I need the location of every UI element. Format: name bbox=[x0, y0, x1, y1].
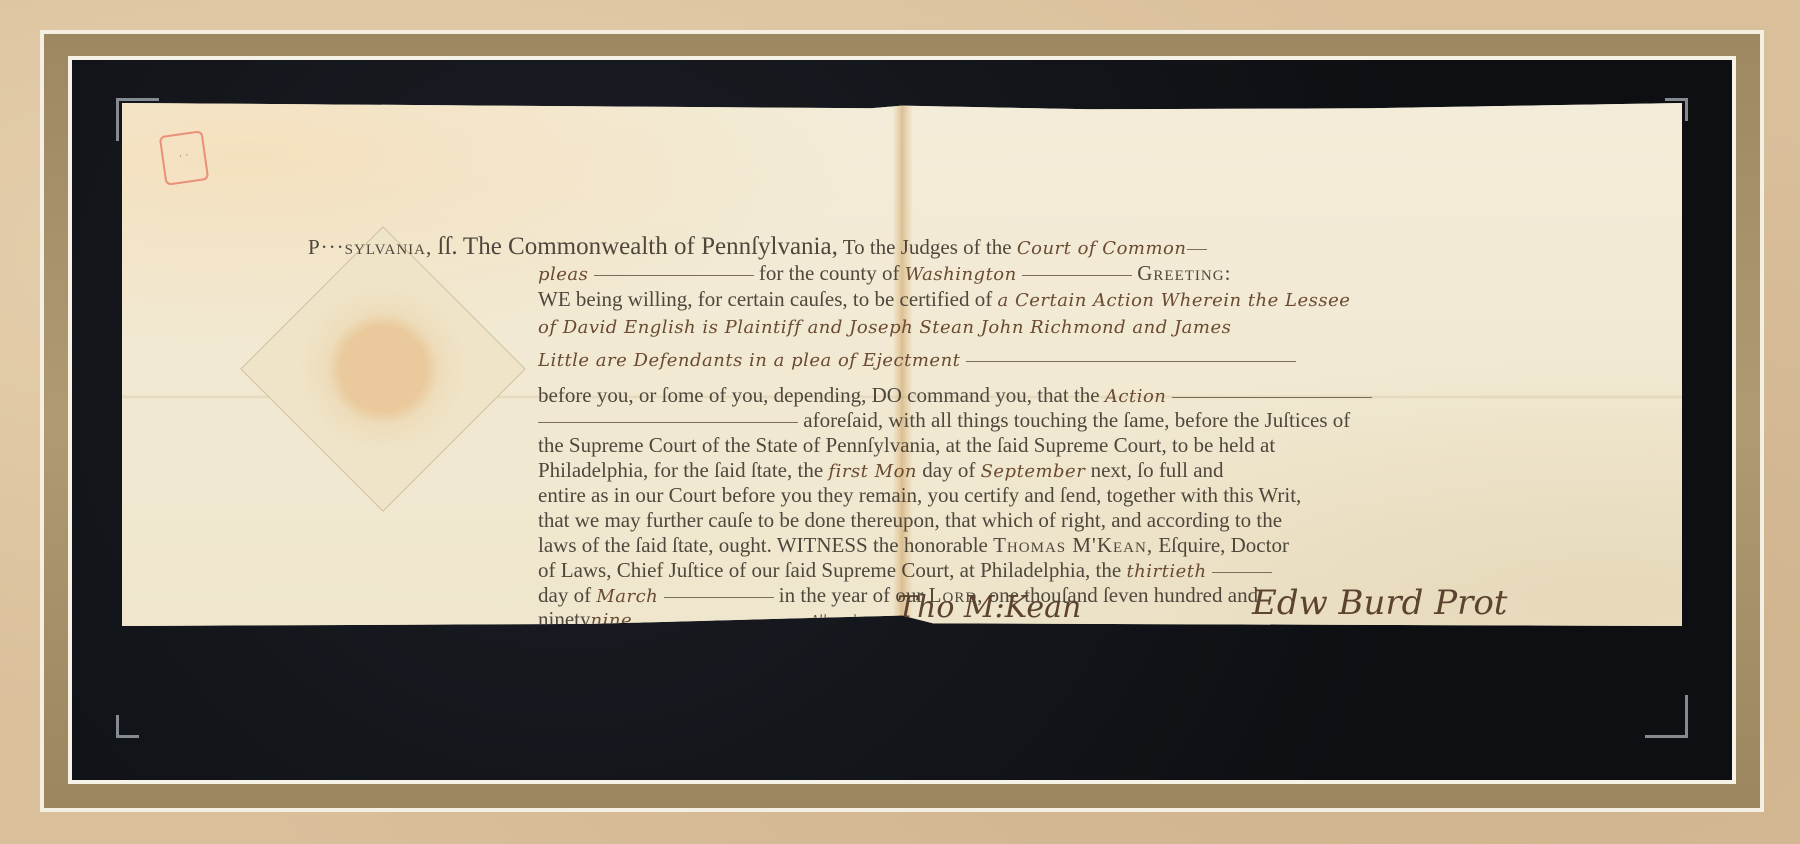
signature-burd: Edw Burd Prot bbox=[1252, 583, 1507, 623]
ss-mark: ſſ. bbox=[438, 233, 458, 260]
inner-white-mat: · · P···sylvania, ſſ. The Commonwealth o… bbox=[68, 56, 1736, 784]
greeting: Greeting: bbox=[1137, 261, 1231, 285]
state-name: P···sylvania, bbox=[308, 235, 432, 259]
commonwealth-title: The Commonwealth of Pennſylvania, bbox=[463, 233, 838, 260]
mount-corner-bottom-right bbox=[1645, 695, 1688, 738]
county-line: pleas for the county of Washington Greet… bbox=[538, 261, 1231, 286]
court-handwritten-2: pleas bbox=[538, 264, 588, 285]
black-backing: · · P···sylvania, ſſ. The Commonwealth o… bbox=[72, 60, 1732, 780]
body-line-7: Philadelphia, for the ſaid ſtate, the fi… bbox=[538, 458, 1224, 483]
mount-corner-bottom-left bbox=[116, 715, 139, 738]
body-line-5: aforeſaid, with all things touching the … bbox=[538, 408, 1350, 433]
allowed-per-label: Allowed per bbox=[810, 613, 878, 629]
body-line-11: of Laws, Chief Juſtice of our ſaid Supre… bbox=[538, 558, 1272, 583]
court-handwritten: Court of Common bbox=[1017, 238, 1187, 259]
header-line: P···sylvania, ſſ. The Commonwealth of Pe… bbox=[308, 233, 1207, 261]
body-line-3: Little are Defendants in a plea of Eject… bbox=[538, 347, 1296, 372]
red-stamp-mark: · · bbox=[159, 130, 210, 186]
body-line-10: laws of the ſaid ſtate, ought. WITNESS t… bbox=[538, 533, 1289, 558]
body-line-4: before you, or ſome of you, depending, D… bbox=[538, 383, 1372, 408]
outer-frame-mat: · · P···sylvania, ſſ. The Commonwealth o… bbox=[40, 30, 1764, 812]
body-line-13: ninetynine bbox=[538, 607, 632, 632]
county-label: for the county of bbox=[759, 261, 900, 285]
body-line-6: the Supreme Court of the State of Pennſy… bbox=[538, 433, 1275, 458]
body-line-8: entire as in our Court before you they r… bbox=[538, 483, 1301, 508]
body-line-9: that we may further cauſe to be done the… bbox=[538, 508, 1282, 533]
body-line-1: WE being willing, for certain cauſes, to… bbox=[538, 287, 1350, 312]
county-handwritten: Washington bbox=[905, 264, 1017, 285]
to-judges: To the Judges of the bbox=[843, 235, 1012, 259]
mount-corner-top-left bbox=[116, 98, 159, 141]
signature-mckean: Tho M:Kean bbox=[897, 590, 1081, 626]
mount-corner-top-right bbox=[1665, 98, 1688, 121]
paper-seal-wafer bbox=[240, 226, 526, 512]
witness-name: Thomas M'Kean, bbox=[993, 533, 1153, 557]
gold-mat: · · P···sylvania, ſſ. The Commonwealth o… bbox=[44, 34, 1760, 808]
writ-document: · · P···sylvania, ſſ. The Commonwealth o… bbox=[122, 103, 1682, 626]
body-line-2-handwritten: of David English is Plaintiff and Joseph… bbox=[538, 317, 1231, 338]
action-handwritten: a Certain Action Wherein the Lessee bbox=[998, 290, 1351, 311]
